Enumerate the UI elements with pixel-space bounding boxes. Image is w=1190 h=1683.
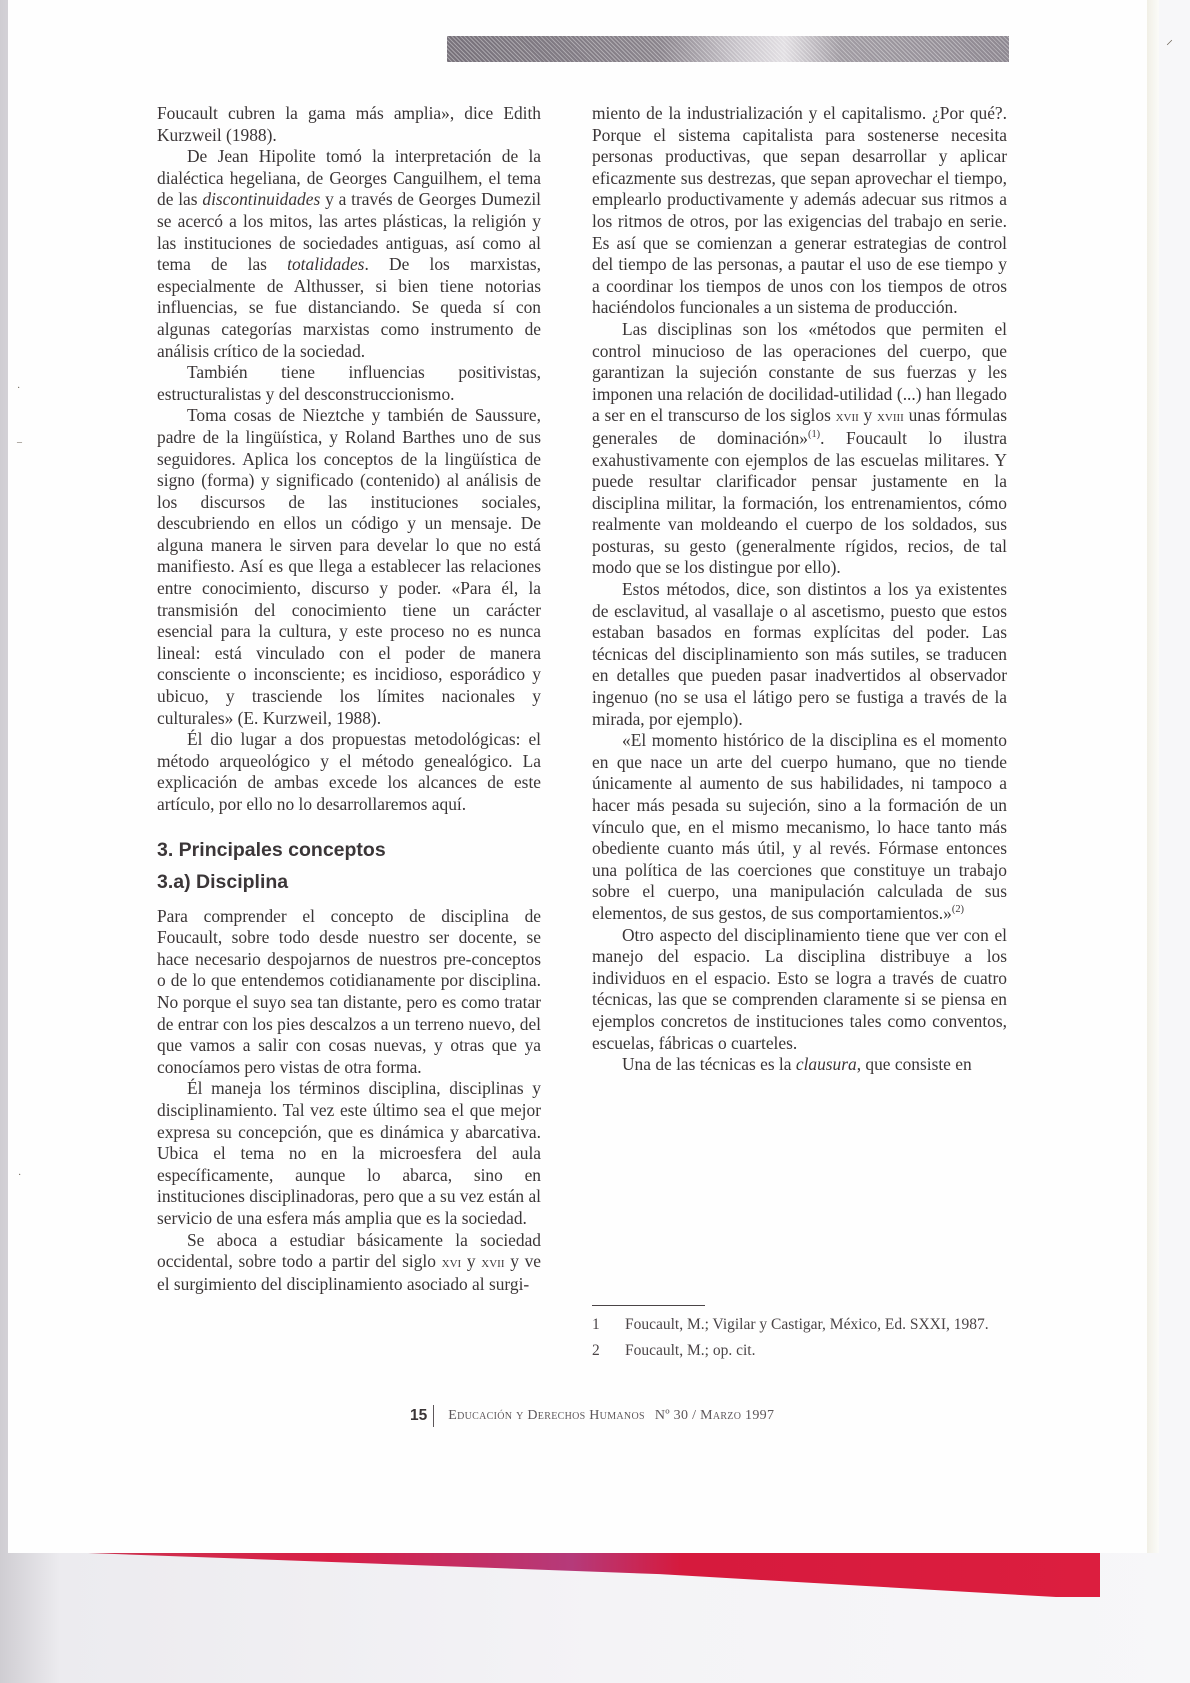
paragraph: miento de la industrialización y el capi… (592, 103, 1007, 319)
section-heading: 3. Principales conceptos (157, 837, 541, 863)
paragraph: También tiene influencias positivistas, … (157, 362, 541, 405)
hole-punch-mark-icon: · (18, 1170, 21, 1181)
footnote-1: 1 Foucault, M.; Vigilar y Castigar, Méxi… (592, 1316, 1012, 1334)
stray-mark-icon: ⸝ (1166, 30, 1173, 49)
footnote-number: 1 (592, 1316, 625, 1334)
page-footer: 15 Educación y Derechos Humanos Nº 30 / … (410, 1405, 774, 1427)
paragraph: De Jean Hipolite tomó la interpretación … (157, 146, 541, 362)
roman-numeral: xviii (877, 408, 904, 425)
header-decorative-bar (447, 36, 1009, 62)
footer-divider (433, 1405, 434, 1427)
subsection-heading: 3.a) Disciplina (157, 869, 541, 895)
paragraph: Él maneja los términos disciplina, disci… (157, 1078, 541, 1229)
hole-punch-mark-icon: – (17, 437, 22, 448)
roman-numeral: xvi (442, 1254, 462, 1271)
roman-numeral: xvii (836, 408, 859, 425)
emphasis: discontinuidades (202, 189, 320, 209)
footnote-text: Foucault, M.; op. cit. (625, 1342, 1012, 1360)
paragraph: Él dio lugar a dos propuestas metodológi… (157, 729, 541, 815)
hole-punch-mark-icon: · (17, 383, 20, 394)
roman-numeral: xvii (481, 1254, 504, 1271)
paragraph: «El momento histórico de la disciplina e… (592, 730, 1007, 924)
publication-title: Educación y Derechos Humanos (448, 1408, 645, 1424)
footnote-divider (592, 1305, 705, 1306)
right-body-text: miento de la industrialización y el capi… (592, 103, 1007, 1076)
footnote-2: 2 Foucault, M.; op. cit. (592, 1342, 1012, 1360)
page-number: 15 (410, 1407, 433, 1425)
right-column: miento de la industrialización y el capi… (592, 103, 1007, 1076)
page-edge (1147, 0, 1159, 1553)
paragraph: Se aboca a estudiar básicamente la socie… (157, 1230, 541, 1296)
left-body-text: Foucault cubren la gama más amplia», dic… (157, 103, 541, 816)
paragraph: Foucault cubren la gama más amplia», dic… (157, 103, 541, 146)
paragraph: Las disciplinas son los «métodos que per… (592, 319, 1007, 579)
footnote-reference: (2) (952, 904, 964, 915)
footnote-text: Foucault, M.; Vigilar y Castigar, México… (625, 1316, 1012, 1334)
paragraph: Toma cosas de Nieztche y también de Saus… (157, 405, 541, 729)
footnote-number: 2 (592, 1342, 625, 1360)
left-body-text-continued: Para comprender el concepto de disciplin… (157, 906, 541, 1296)
emphasis: totalidades (287, 254, 364, 274)
left-column: Foucault cubren la gama más amplia», dic… (157, 103, 541, 1295)
footnote-reference: (1) (808, 429, 820, 440)
paragraph: Una de las técnicas es la clausura, que … (592, 1054, 1007, 1076)
emphasis: clausura (796, 1054, 857, 1074)
paragraph: Otro aspecto del disciplinamiento tiene … (592, 925, 1007, 1055)
paragraph: Estos métodos, dice, son distintos a los… (592, 579, 1007, 730)
issue-info: Nº 30 / Marzo 1997 (655, 1408, 774, 1424)
paragraph: Para comprender el concepto de disciplin… (157, 906, 541, 1079)
footnotes: 1 Foucault, M.; Vigilar y Castigar, Méxi… (592, 1316, 1012, 1368)
